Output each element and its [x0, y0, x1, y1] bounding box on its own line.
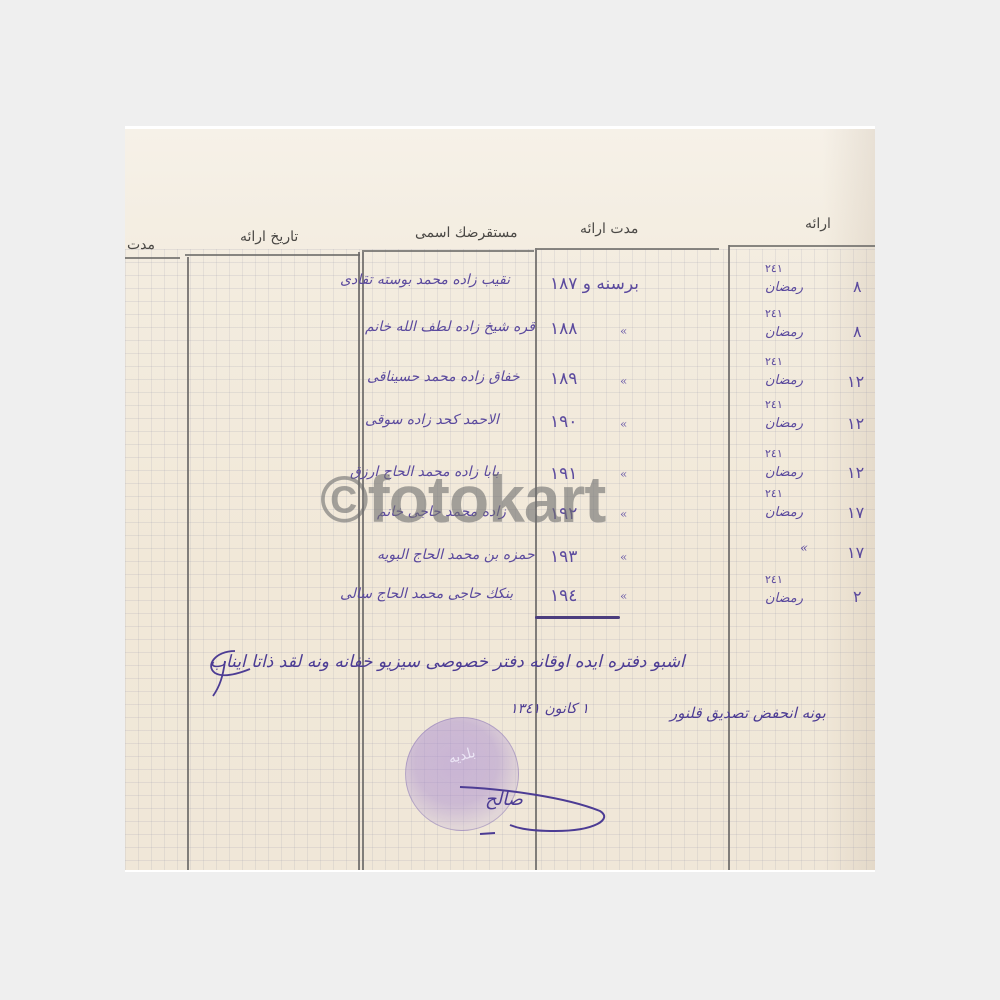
entry-day: ١٢	[847, 463, 864, 482]
entry-number: ١٩٠	[550, 412, 577, 432]
column-rule-1	[187, 257, 189, 870]
entry-year: ٢٤١	[765, 398, 783, 411]
ditto-mark: »	[620, 550, 627, 564]
signature-name: صالح	[485, 789, 523, 810]
borrower-name: خفاق زاده محمد حسيناقى	[367, 369, 520, 385]
entry-date: رمضان	[765, 591, 803, 606]
entry-date: رمضان	[765, 465, 803, 480]
ditto-mark: »	[620, 324, 627, 338]
borrower-name: نقيب زاده محمد بوسته تقادى	[340, 272, 510, 288]
header-rule-left	[185, 254, 360, 256]
entry-number: ١٩٣	[550, 547, 577, 567]
entry-date: رمضان	[765, 373, 803, 388]
column-rule-3	[535, 248, 537, 870]
column-rule-4	[728, 245, 730, 870]
certification-note-line-1: اشبو دفتره ايده اوقانه دفتر خصوصى سيزيو …	[210, 652, 685, 672]
certification-date: ١ كانون ١٣٤١	[510, 701, 589, 717]
entry-year: ٢٤١	[765, 573, 783, 586]
entry-date: »	[800, 541, 808, 556]
header-rule-mid	[537, 248, 719, 250]
certification-note-line-2: بونه انحفض تصديق قلنور	[670, 704, 826, 722]
header-submission: ارائه	[805, 216, 831, 232]
entry-date: رمضان	[765, 325, 803, 340]
ditto-mark: »	[620, 507, 627, 521]
entry-day: ٨	[853, 322, 862, 341]
entry-date: رمضان	[765, 280, 803, 295]
entry-number: ١٩٤	[550, 586, 577, 606]
column-rule-2a	[358, 252, 360, 870]
watermark-fotokart: ©fotokart	[320, 466, 605, 532]
header-submission-period: مدت ارائه	[580, 221, 638, 237]
header-rule-right	[729, 245, 875, 247]
header-rule-far-left	[125, 257, 180, 259]
header-borrower-name: مستقرضك اسمى	[415, 225, 518, 241]
entry-number: ١٨٨	[550, 319, 577, 339]
entry-date: رمضان	[765, 416, 803, 431]
note-flourish	[205, 641, 255, 701]
column-rule-2b	[362, 252, 364, 870]
entry-day: ١٧	[847, 503, 864, 522]
signature-flourish	[455, 779, 615, 839]
entry-year: ٢٤١	[765, 262, 783, 275]
borrower-name: بنكك حاجى محمد الحاج سالى	[340, 586, 513, 602]
entry-year: ٢٤١	[765, 447, 783, 460]
header-submission-date: تاريخ ارائه	[240, 229, 298, 245]
entry-day: ١٢	[847, 414, 864, 433]
ditto-mark: »	[620, 467, 627, 481]
entry-day: ١٧	[847, 543, 864, 562]
ditto-mark: »	[620, 417, 627, 431]
total-underline	[535, 616, 620, 619]
entry-day: ١٢	[847, 372, 864, 391]
entry-year: ٢٤١	[765, 307, 783, 320]
entry-year: ٢٤١	[765, 487, 783, 500]
ditto-mark: »	[620, 374, 627, 388]
entry-number: ١٨٩	[550, 369, 577, 389]
entry-day: ٨	[853, 277, 862, 296]
borrower-name: حمزه بن محمد الحاج البويه	[377, 547, 535, 563]
seal-text: بلديه	[419, 737, 504, 774]
entry-number: برسنه و ١٨٧	[550, 274, 639, 294]
entry-date: رمضان	[765, 505, 803, 520]
entry-day: ٢	[853, 587, 862, 606]
entry-year: ٢٤١	[765, 355, 783, 368]
borrower-name: قره شيخ زاده لطف الله خانم	[365, 319, 535, 335]
header-duration-far-left: مدت	[127, 237, 155, 253]
borrower-name: الاحمد كحد زاده سوقى	[365, 412, 499, 428]
header-rule-name	[362, 250, 534, 252]
ditto-mark: »	[620, 589, 627, 603]
